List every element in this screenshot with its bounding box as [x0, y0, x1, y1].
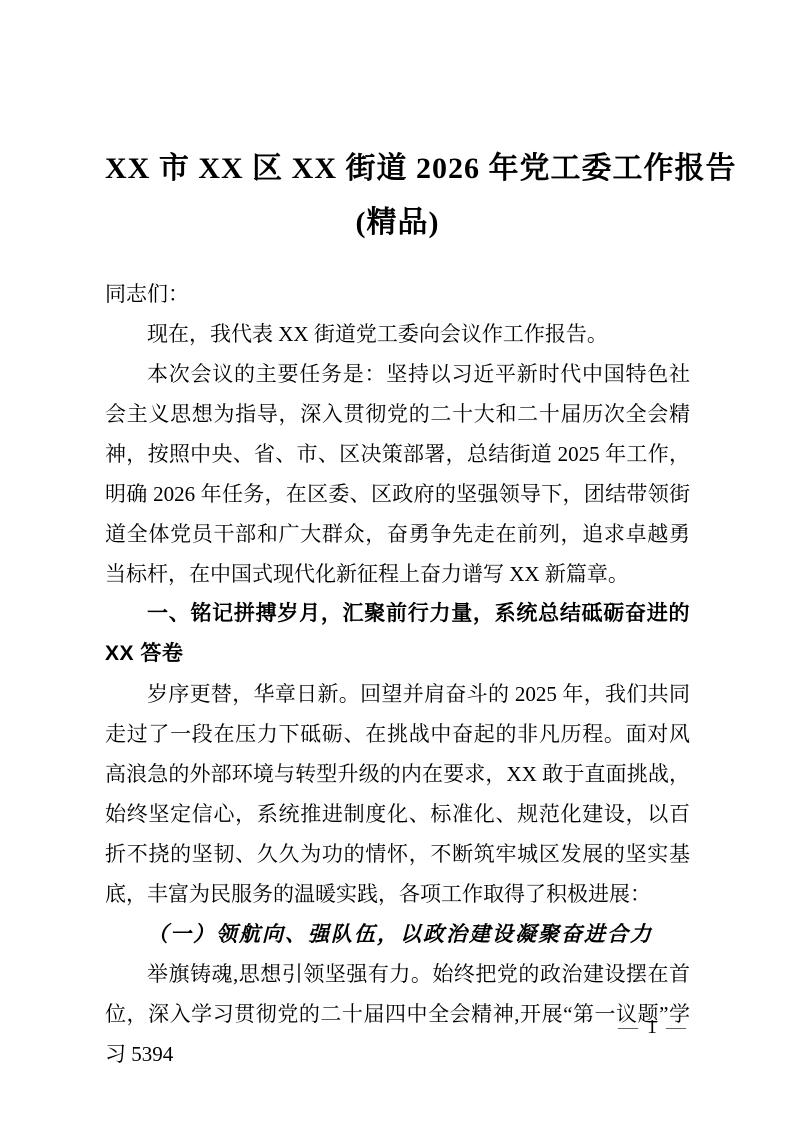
page-footer: — 1 —: [618, 1016, 688, 1038]
paragraph-body: 岁序更替，华章日新。回望并肩奋斗的 2025 年，我们共同走过了一段在压力下砥砺…: [105, 674, 690, 914]
paragraph-body: 现在，我代表 XX 街道党工委向会议作工作报告。: [105, 314, 690, 354]
paragraph-heading1: 一、铭记拼搏岁月，汇聚前行力量，系统总结砥砺奋进的 XX 答卷: [105, 594, 690, 674]
paragraph-body: 举旗铸魂,思想引领坚强有力。始终把党的政治建设摆在首位，深入学习贯彻党的二十届四…: [105, 954, 690, 1074]
paragraph-body: 本次会议的主要任务是：坚持以习近平新时代中国特色社会主义思想为指导，深入贯彻党的…: [105, 354, 690, 594]
paragraph-heading2: （一）领航向、强队伍，以政治建设凝聚奋进合力: [105, 914, 690, 954]
document-body: 同志们：现在，我代表 XX 街道党工委向会议作工作报告。本次会议的主要任务是：坚…: [105, 274, 690, 1074]
paragraph-salutation: 同志们：: [105, 274, 690, 314]
title-line-2: (精品): [105, 196, 690, 250]
document-title: XX 市 XX 区 XX 街道 2026 年党工委工作报告 (精品): [105, 142, 690, 250]
page-number: 1: [647, 1016, 659, 1038]
footer-dash-left: —: [618, 1016, 640, 1038]
footer-dash-right: —: [666, 1016, 688, 1038]
document-page: XX 市 XX 区 XX 街道 2026 年党工委工作报告 (精品) 同志们：现…: [0, 0, 793, 1122]
title-line-1: XX 市 XX 区 XX 街道 2026 年党工委工作报告: [105, 142, 690, 196]
